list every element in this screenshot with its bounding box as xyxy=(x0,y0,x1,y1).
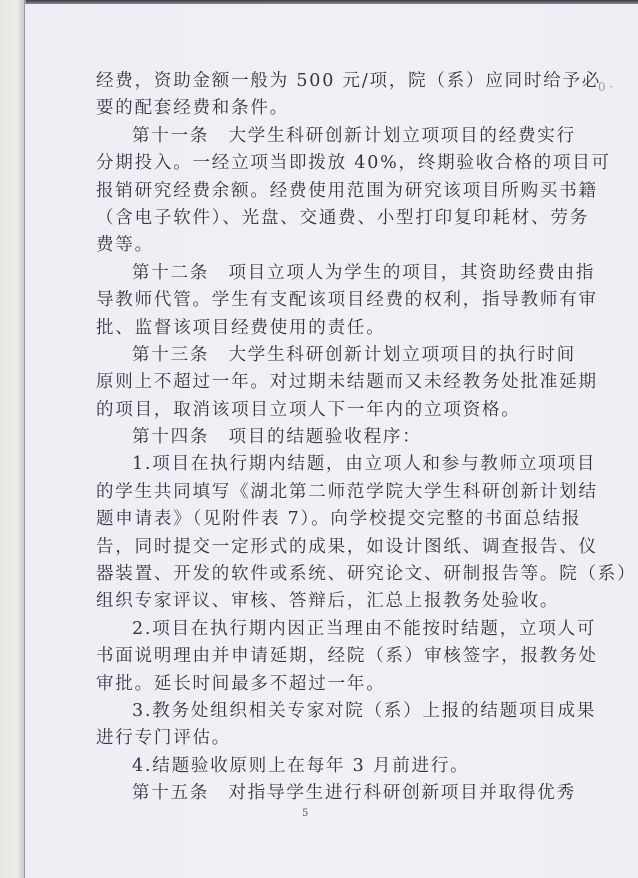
text-line: 第十三条 大学生科研创新计划立项项目的执行时间 xyxy=(96,342,536,369)
text-line: 第十四条 项目的结题验收程序： xyxy=(96,424,536,451)
text-line: 的学生共同填写《湖北第二师范学院大学生科研创新计划结 xyxy=(96,479,536,506)
document-body: 经费，资助金额一般为 500 元/项，院（系）应同时给予必 要的配套经费和条件。… xyxy=(96,68,536,808)
text-line: 4.结题验收原则上在每年 3 月前进行。 xyxy=(96,753,536,780)
text-line: 书面说明理由并申请延期，经院（系）审核签字，报教务处 xyxy=(96,643,536,670)
text-line: 报销研究经费余额。经费使用范围为研究该项目所购买书籍 xyxy=(96,178,536,205)
text-line: 要的配套经费和条件。 xyxy=(96,95,536,122)
text-line: 费等。 xyxy=(96,232,536,259)
text-line: 原则上不超过一年。对过期未结题而又未经教务处批准延期 xyxy=(96,369,536,396)
text-line: 经费，资助金额一般为 500 元/项，院（系）应同时给予必 xyxy=(96,68,536,95)
text-line: 批、监督该项目经费使用的责任。 xyxy=(96,315,536,342)
text-line: 导教师代管。学生有支配该项目经费的权利，指导教师有审 xyxy=(96,287,536,314)
page-number: 5 xyxy=(302,808,308,819)
text-line: 审批。延长时间最多不超过一年。 xyxy=(96,671,536,698)
scan-left-strip xyxy=(0,0,24,878)
text-line: 进行专门评估。 xyxy=(96,725,536,752)
text-line: （含电子软件）、光盘、交通费、小型打印复印耗材、劳务 xyxy=(96,205,536,232)
text-line: 1.项目在执行期内结题，由立项人和参与教师立项项目 xyxy=(96,451,536,478)
text-line: 第十二条 项目立项人为学生的项目，其资助经费由指 xyxy=(96,260,536,287)
text-line: 题申请表》（见附件表 7）。向学校提交完整的书面总结报 xyxy=(96,506,536,533)
text-line: 的项目，取消该项目立项人下一年内的立项资格。 xyxy=(96,397,536,424)
text-line: 组织专家评议、审核、答辩后，汇总上报教务处验收。 xyxy=(96,588,536,615)
text-line: 第十五条 对指导学生进行科研创新项目并取得优秀 xyxy=(96,780,536,807)
text-line: 3.教务处组织相关专家对院（系）上报的结题项目成果 xyxy=(96,698,536,725)
text-line: 第十一条 大学生科研创新计划立项项目的经费实行 xyxy=(96,123,536,150)
text-line: 告，同时提交一定形式的成果，如设计图纸、调查报告、仪 xyxy=(96,534,536,561)
text-line: 分期投入。一经立项当即拨放 40%，终期验收合格的项目可 xyxy=(96,150,536,177)
text-line: 器装置、开发的软件或系统、研究论文、研制报告等。院（系） xyxy=(96,561,536,588)
text-line: 2.项目在执行期内因正当理由不能按时结题，立项人可 xyxy=(96,616,536,643)
